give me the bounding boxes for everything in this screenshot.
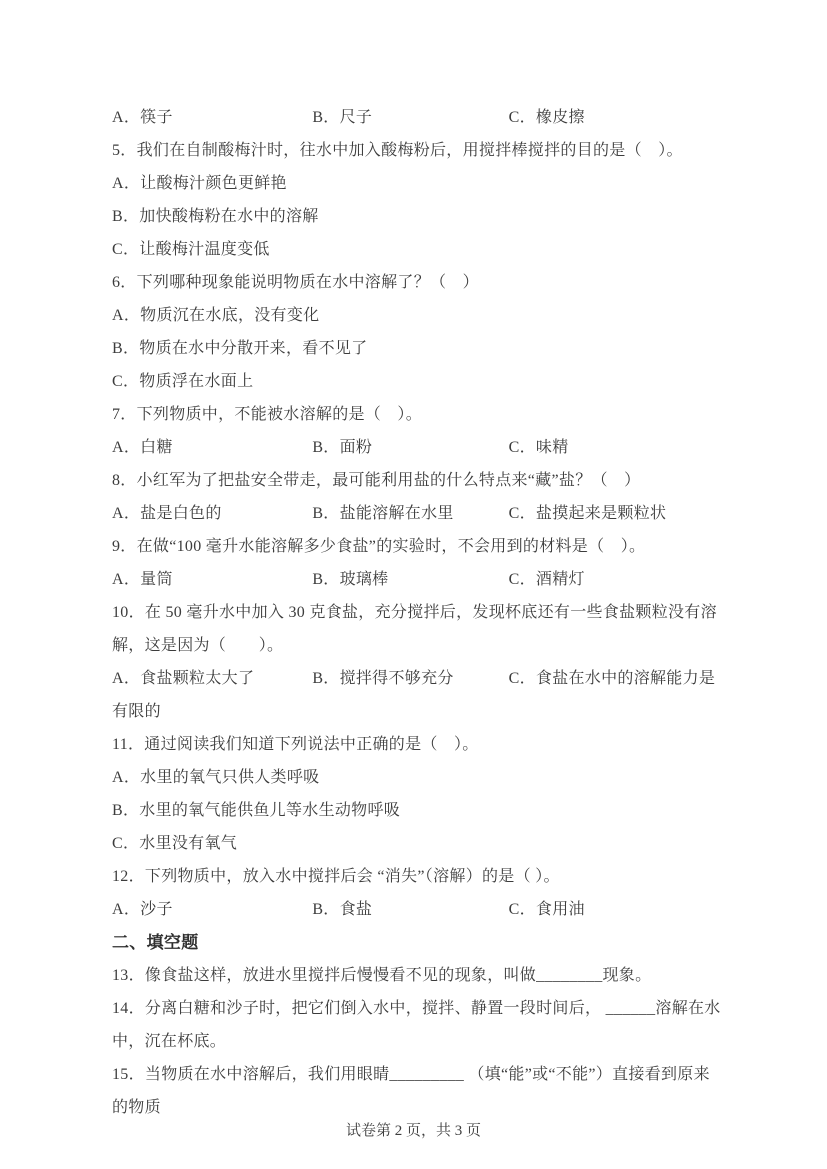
question-14-stem: 14．分离白糖和沙子时，把它们倒入水中，搅拌、静置一段时间后， ______溶解…	[112, 992, 722, 1058]
question-5-option-b: B．加快酸梅粉在水中的溶解	[112, 200, 722, 233]
question-6-option-a: A．物质沉在水底，没有变化	[112, 299, 722, 332]
question-7: 7．下列物质中，不能被水溶解的是（ ）。 A．白糖 B．面粉 C．味精	[112, 398, 722, 464]
question-5: 5．我们在自制酸梅汁时，往水中加入酸梅粉后，用搅拌棒搅拌的目的是（ ）。 A．让…	[112, 134, 722, 266]
section-2-heading: 二、填空题	[112, 926, 722, 959]
question-12-option-c: C．食用油	[509, 901, 585, 918]
question-10-option-a: A．食盐颗粒太大了	[112, 662, 308, 695]
question-4-option-b: B．尺子	[312, 101, 504, 134]
question-12-option-b: B．食盐	[312, 893, 504, 926]
question-4-options-row: A．筷子 B．尺子 C．橡皮擦	[112, 101, 722, 134]
question-12-option-a: A．沙子	[112, 893, 308, 926]
question-8-option-b: B．盐能溶解在水里	[312, 497, 504, 530]
question-10: 10．在 50 毫升水中加入 30 克食盐，充分搅拌后，发现杯底还有一些食盐颗粒…	[112, 596, 722, 728]
question-13-stem: 13．像食盐这样，放进水里搅拌后慢慢看不见的现象，叫做________现象。	[112, 959, 722, 992]
question-5-stem: 5．我们在自制酸梅汁时，往水中加入酸梅粉后，用搅拌棒搅拌的目的是（ ）。	[112, 134, 722, 167]
question-11-option-a: A．水里的氧气只供人类呼吸	[112, 761, 722, 794]
question-8-options-row: A．盐是白色的 B．盐能溶解在水里 C．盐摸起来是颗粒状	[112, 497, 722, 530]
question-6-stem: 6．下列哪种现象能说明物质在水中溶解了？（ ）	[112, 266, 722, 299]
question-9-stem: 9．在做“100 毫升水能溶解多少食盐”的实验时，不会用到的材料是（ ）。	[112, 530, 722, 563]
question-6-option-c: C．物质浮在水面上	[112, 365, 722, 398]
question-14: 14．分离白糖和沙子时，把它们倒入水中，搅拌、静置一段时间后， ______溶解…	[112, 992, 722, 1058]
question-7-options-row: A．白糖 B．面粉 C．味精	[112, 431, 722, 464]
question-15: 15．当物质在水中溶解后，我们用眼睛_________ （填“能”或“不能”）直…	[112, 1058, 722, 1124]
question-9-option-a: A．量筒	[112, 563, 308, 596]
question-12-options-row: A．沙子 B．食盐 C．食用油	[112, 893, 722, 926]
question-11: 11．通过阅读我们知道下列说法中正确的是（ ）。 A．水里的氧气只供人类呼吸 B…	[112, 728, 722, 860]
question-5-option-a: A．让酸梅汁颜色更鲜艳	[112, 167, 722, 200]
question-6: 6．下列哪种现象能说明物质在水中溶解了？（ ） A．物质沉在水底，没有变化 B．…	[112, 266, 722, 398]
question-13: 13．像食盐这样，放进水里搅拌后慢慢看不见的现象，叫做________现象。	[112, 959, 722, 992]
question-7-option-a: A．白糖	[112, 431, 308, 464]
question-7-option-b: B．面粉	[312, 431, 504, 464]
question-9-options-row: A．量筒 B．玻璃棒 C．酒精灯	[112, 563, 722, 596]
question-15-stem: 15．当物质在水中溶解后，我们用眼睛_________ （填“能”或“不能”）直…	[112, 1058, 722, 1124]
question-6-option-b: B．物质在水中分散开来，看不见了	[112, 332, 722, 365]
question-9: 9．在做“100 毫升水能溶解多少食盐”的实验时，不会用到的材料是（ ）。 A．…	[112, 530, 722, 596]
question-8-option-c: C．盐摸起来是颗粒状	[509, 505, 667, 522]
question-8: 8．小红军为了把盐安全带走，最可能利用盐的什么特点来“藏”盐？（ ） A．盐是白…	[112, 464, 722, 530]
question-12: 12．下列物质中，放入水中搅拌后会 “消失”（溶解）的是（ ）。 A．沙子 B．…	[112, 860, 722, 926]
question-7-stem: 7．下列物质中，不能被水溶解的是（ ）。	[112, 398, 722, 431]
question-7-option-c: C．味精	[509, 439, 569, 456]
question-9-option-b: B．玻璃棒	[312, 563, 504, 596]
question-10-stem: 10．在 50 毫升水中加入 30 克食盐，充分搅拌后，发现杯底还有一些食盐颗粒…	[112, 596, 722, 662]
question-4-option-c: C．橡皮擦	[509, 109, 585, 126]
question-12-stem: 12．下列物质中，放入水中搅拌后会 “消失”（溶解）的是（ ）。	[112, 860, 722, 893]
exam-paper-page: A．筷子 B．尺子 C．橡皮擦 5．我们在自制酸梅汁时，往水中加入酸梅粉后，用搅…	[0, 0, 827, 1169]
question-11-option-b: B．水里的氧气能供鱼儿等水生动物呼吸	[112, 794, 722, 827]
question-11-option-c: C．水里没有氧气	[112, 827, 722, 860]
question-10-option-b: B．搅拌得不够充分	[312, 662, 504, 695]
question-8-stem: 8．小红军为了把盐安全带走，最可能利用盐的什么特点来“藏”盐？（ ）	[112, 464, 722, 497]
question-9-option-c: C．酒精灯	[509, 571, 585, 588]
question-4-option-a: A．筷子	[112, 101, 308, 134]
page-footer: 试卷第 2 页，共 3 页	[0, 1120, 827, 1142]
question-11-stem: 11．通过阅读我们知道下列说法中正确的是（ ）。	[112, 728, 722, 761]
page-content: A．筷子 B．尺子 C．橡皮擦 5．我们在自制酸梅汁时，往水中加入酸梅粉后，用搅…	[112, 101, 722, 1124]
question-10-options-row: A．食盐颗粒太大了 B．搅拌得不够充分 C．食盐在水中的溶解能力是有限的	[112, 662, 722, 728]
question-8-option-a: A．盐是白色的	[112, 497, 308, 530]
question-5-option-c: C．让酸梅汁温度变低	[112, 233, 722, 266]
